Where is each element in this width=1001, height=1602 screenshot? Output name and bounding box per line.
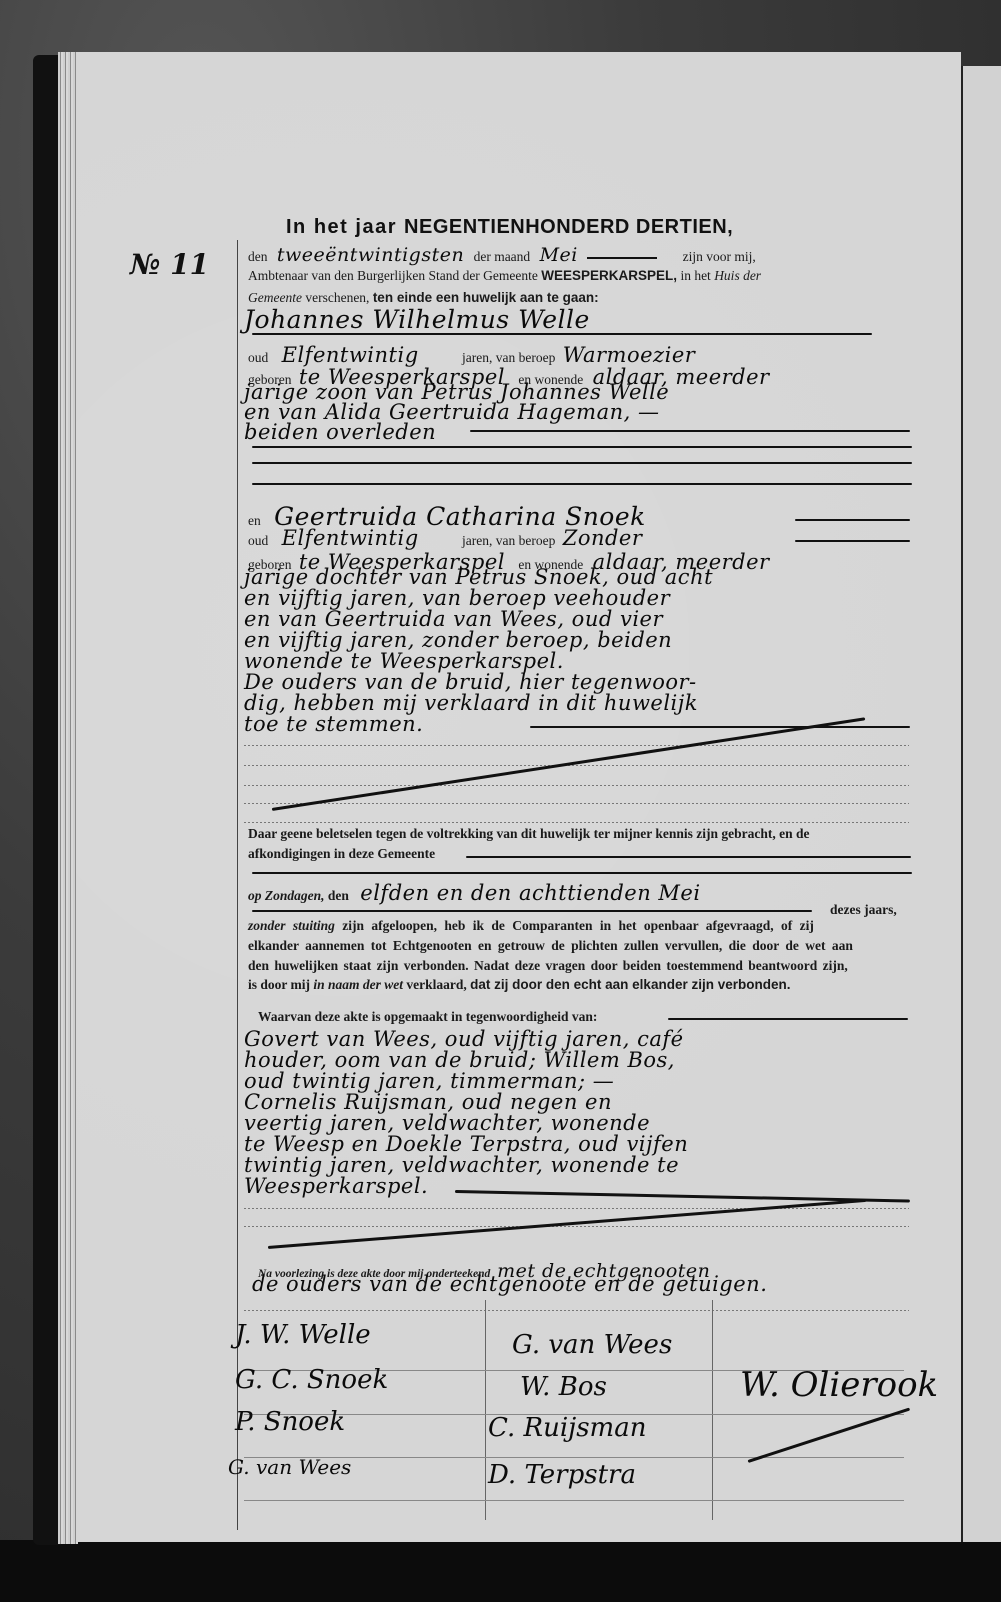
groom-age: Elfentwintig bbox=[282, 343, 419, 367]
banns-italic: zonder stuiting bbox=[248, 918, 335, 933]
ruled-line bbox=[244, 1226, 909, 1227]
label-jaren: jaren, van beroep bbox=[462, 350, 555, 365]
page-heading: In het jaar NEGENTIENHONDERD DERTIEN, bbox=[286, 216, 733, 239]
banns-para-3: den huwelijken staat zijn verbonden. Nad… bbox=[248, 958, 848, 974]
label-den: den bbox=[248, 249, 268, 264]
bride-occupation: Zonder bbox=[563, 526, 643, 550]
signature-witness-3: C. Ruijsman bbox=[488, 1413, 646, 1443]
banns-italic: in naam der wet bbox=[313, 977, 403, 992]
signature-column-divider bbox=[712, 1300, 713, 1520]
signature-witness-1: G. van Wees bbox=[512, 1330, 672, 1360]
fill-stroke bbox=[252, 910, 812, 912]
fill-stroke bbox=[795, 540, 910, 542]
banns-sundays-line: op Zondagen, den elfden en den achttiend… bbox=[248, 881, 701, 905]
scan-bottom-shadow bbox=[0, 1540, 1001, 1602]
month-handwritten: Mei bbox=[540, 244, 578, 266]
heading-prefix: In het jaar bbox=[286, 216, 397, 238]
day-handwritten: tweeëntwintigsten bbox=[277, 244, 464, 266]
groom-name: Johannes Wilhelmus Welle bbox=[244, 305, 590, 334]
fill-stroke bbox=[252, 446, 912, 448]
signature-groom: J. W. Welle bbox=[235, 1320, 371, 1350]
fill-stroke bbox=[668, 1018, 908, 1020]
ruled-line bbox=[244, 803, 909, 804]
intro-text: Ambtenaar van den Burgerlijken Stand der… bbox=[248, 268, 538, 283]
fill-stroke bbox=[252, 462, 912, 464]
label-jaren: jaren, van beroep bbox=[462, 533, 555, 548]
signature-father-bride: P. Snoek bbox=[235, 1407, 345, 1437]
signature-column-divider bbox=[485, 1300, 486, 1520]
fill-stroke bbox=[252, 872, 912, 874]
bride-age: Elfentwintig bbox=[282, 526, 419, 550]
signature-witness-4: D. Terpstra bbox=[488, 1460, 636, 1490]
intro-text: Huis der bbox=[714, 268, 761, 283]
groom-detail-line: beiden overleden bbox=[244, 420, 436, 444]
banns-text: zijn afgeloopen, heb ik de Comparanten i… bbox=[342, 918, 814, 933]
ruled-line bbox=[244, 822, 909, 823]
ruled-line bbox=[244, 785, 909, 786]
closing-handwritten-2: de ouders van de echtgenoote en de getui… bbox=[252, 1272, 767, 1296]
intro-text: ten einde een huwelijk aan te gaan: bbox=[373, 290, 599, 305]
banns-para-1: zonder stuiting zijn afgeloopen, heb ik … bbox=[248, 918, 814, 934]
municipality-name: WEESPERKARSPEL, bbox=[541, 268, 677, 283]
ruled-line bbox=[244, 1310, 909, 1311]
fill-stroke bbox=[466, 856, 911, 858]
label-dezes-jaars: dezes jaars, bbox=[830, 902, 897, 918]
fill-stroke bbox=[530, 726, 910, 728]
signature-row-line bbox=[244, 1500, 904, 1501]
name-underline bbox=[252, 333, 872, 335]
intro-text: verschenen, bbox=[305, 290, 369, 305]
bride-detail-line: toe te stemmen. bbox=[244, 712, 423, 736]
fill-stroke bbox=[795, 519, 910, 521]
page-stack-edge bbox=[58, 52, 78, 1544]
label-oud: oud bbox=[248, 533, 268, 548]
heading-year: NEGENTIENHONDERD DERTIEN, bbox=[404, 216, 733, 238]
ruled-line bbox=[244, 765, 909, 766]
intro-line-3: Gemeente verschenen, ten einde een huwel… bbox=[248, 290, 599, 306]
groom-age-line: oud Elfentwintig jaren, van beroep Warmo… bbox=[248, 343, 695, 367]
signature-registrar: W. Olierook bbox=[740, 1365, 938, 1405]
banns-text: is door mij bbox=[248, 977, 310, 992]
fill-stroke bbox=[252, 483, 912, 485]
banns-text: verklaard, bbox=[406, 977, 466, 992]
book-spine-edge bbox=[33, 55, 61, 1545]
intro-text: in het bbox=[680, 268, 710, 283]
intro-line-1: den tweeëntwintigsten der maand Mei zijn… bbox=[248, 244, 756, 266]
groom-occupation: Warmoezier bbox=[563, 343, 696, 367]
fill-stroke bbox=[587, 257, 657, 259]
banns-line-1: Daar geene beletselen tegen de voltrekki… bbox=[248, 826, 809, 842]
banns-bold: dat zij door den echt aan elkander zijn … bbox=[470, 977, 790, 992]
intro-text: Gemeente bbox=[248, 290, 302, 305]
banns-text: afkondigingen in deze Gemeente bbox=[248, 846, 435, 861]
ruled-line bbox=[244, 1208, 909, 1209]
label-oud: oud bbox=[248, 350, 268, 365]
label-zondagen: op Zondagen, bbox=[248, 888, 325, 903]
label-den: den bbox=[328, 888, 349, 903]
banns-dates: elfden en den achttienden Mei bbox=[360, 881, 700, 905]
label-month: der maand bbox=[474, 249, 531, 264]
label-voor-mij: zijn voor mij, bbox=[683, 249, 756, 264]
witness-line: Weesperkarspel. bbox=[244, 1174, 428, 1198]
witnesses-label: Waarvan deze akte is opgemaakt in tegenw… bbox=[258, 1009, 597, 1025]
signature-mother-bride: G. van Wees bbox=[228, 1455, 351, 1479]
fill-stroke bbox=[470, 430, 910, 432]
next-page-edge bbox=[961, 66, 1001, 1542]
banns-line-2: afkondigingen in deze Gemeente bbox=[248, 846, 435, 862]
intro-line-2: Ambtenaar van den Burgerlijken Stand der… bbox=[248, 268, 761, 284]
bride-age-line: oud Elfentwintig jaren, van beroep Zonde… bbox=[248, 526, 642, 550]
signature-witness-2: W. Bos bbox=[520, 1372, 607, 1402]
signature-bride: G. C. Snoek bbox=[235, 1365, 388, 1395]
banns-para-4: is door mij in naam der wet verklaard, d… bbox=[248, 977, 790, 993]
act-number: № 11 bbox=[130, 248, 209, 281]
ruled-line bbox=[244, 745, 909, 746]
banns-para-2: elkander aannemen tot Echtgenooten en ge… bbox=[248, 938, 853, 954]
